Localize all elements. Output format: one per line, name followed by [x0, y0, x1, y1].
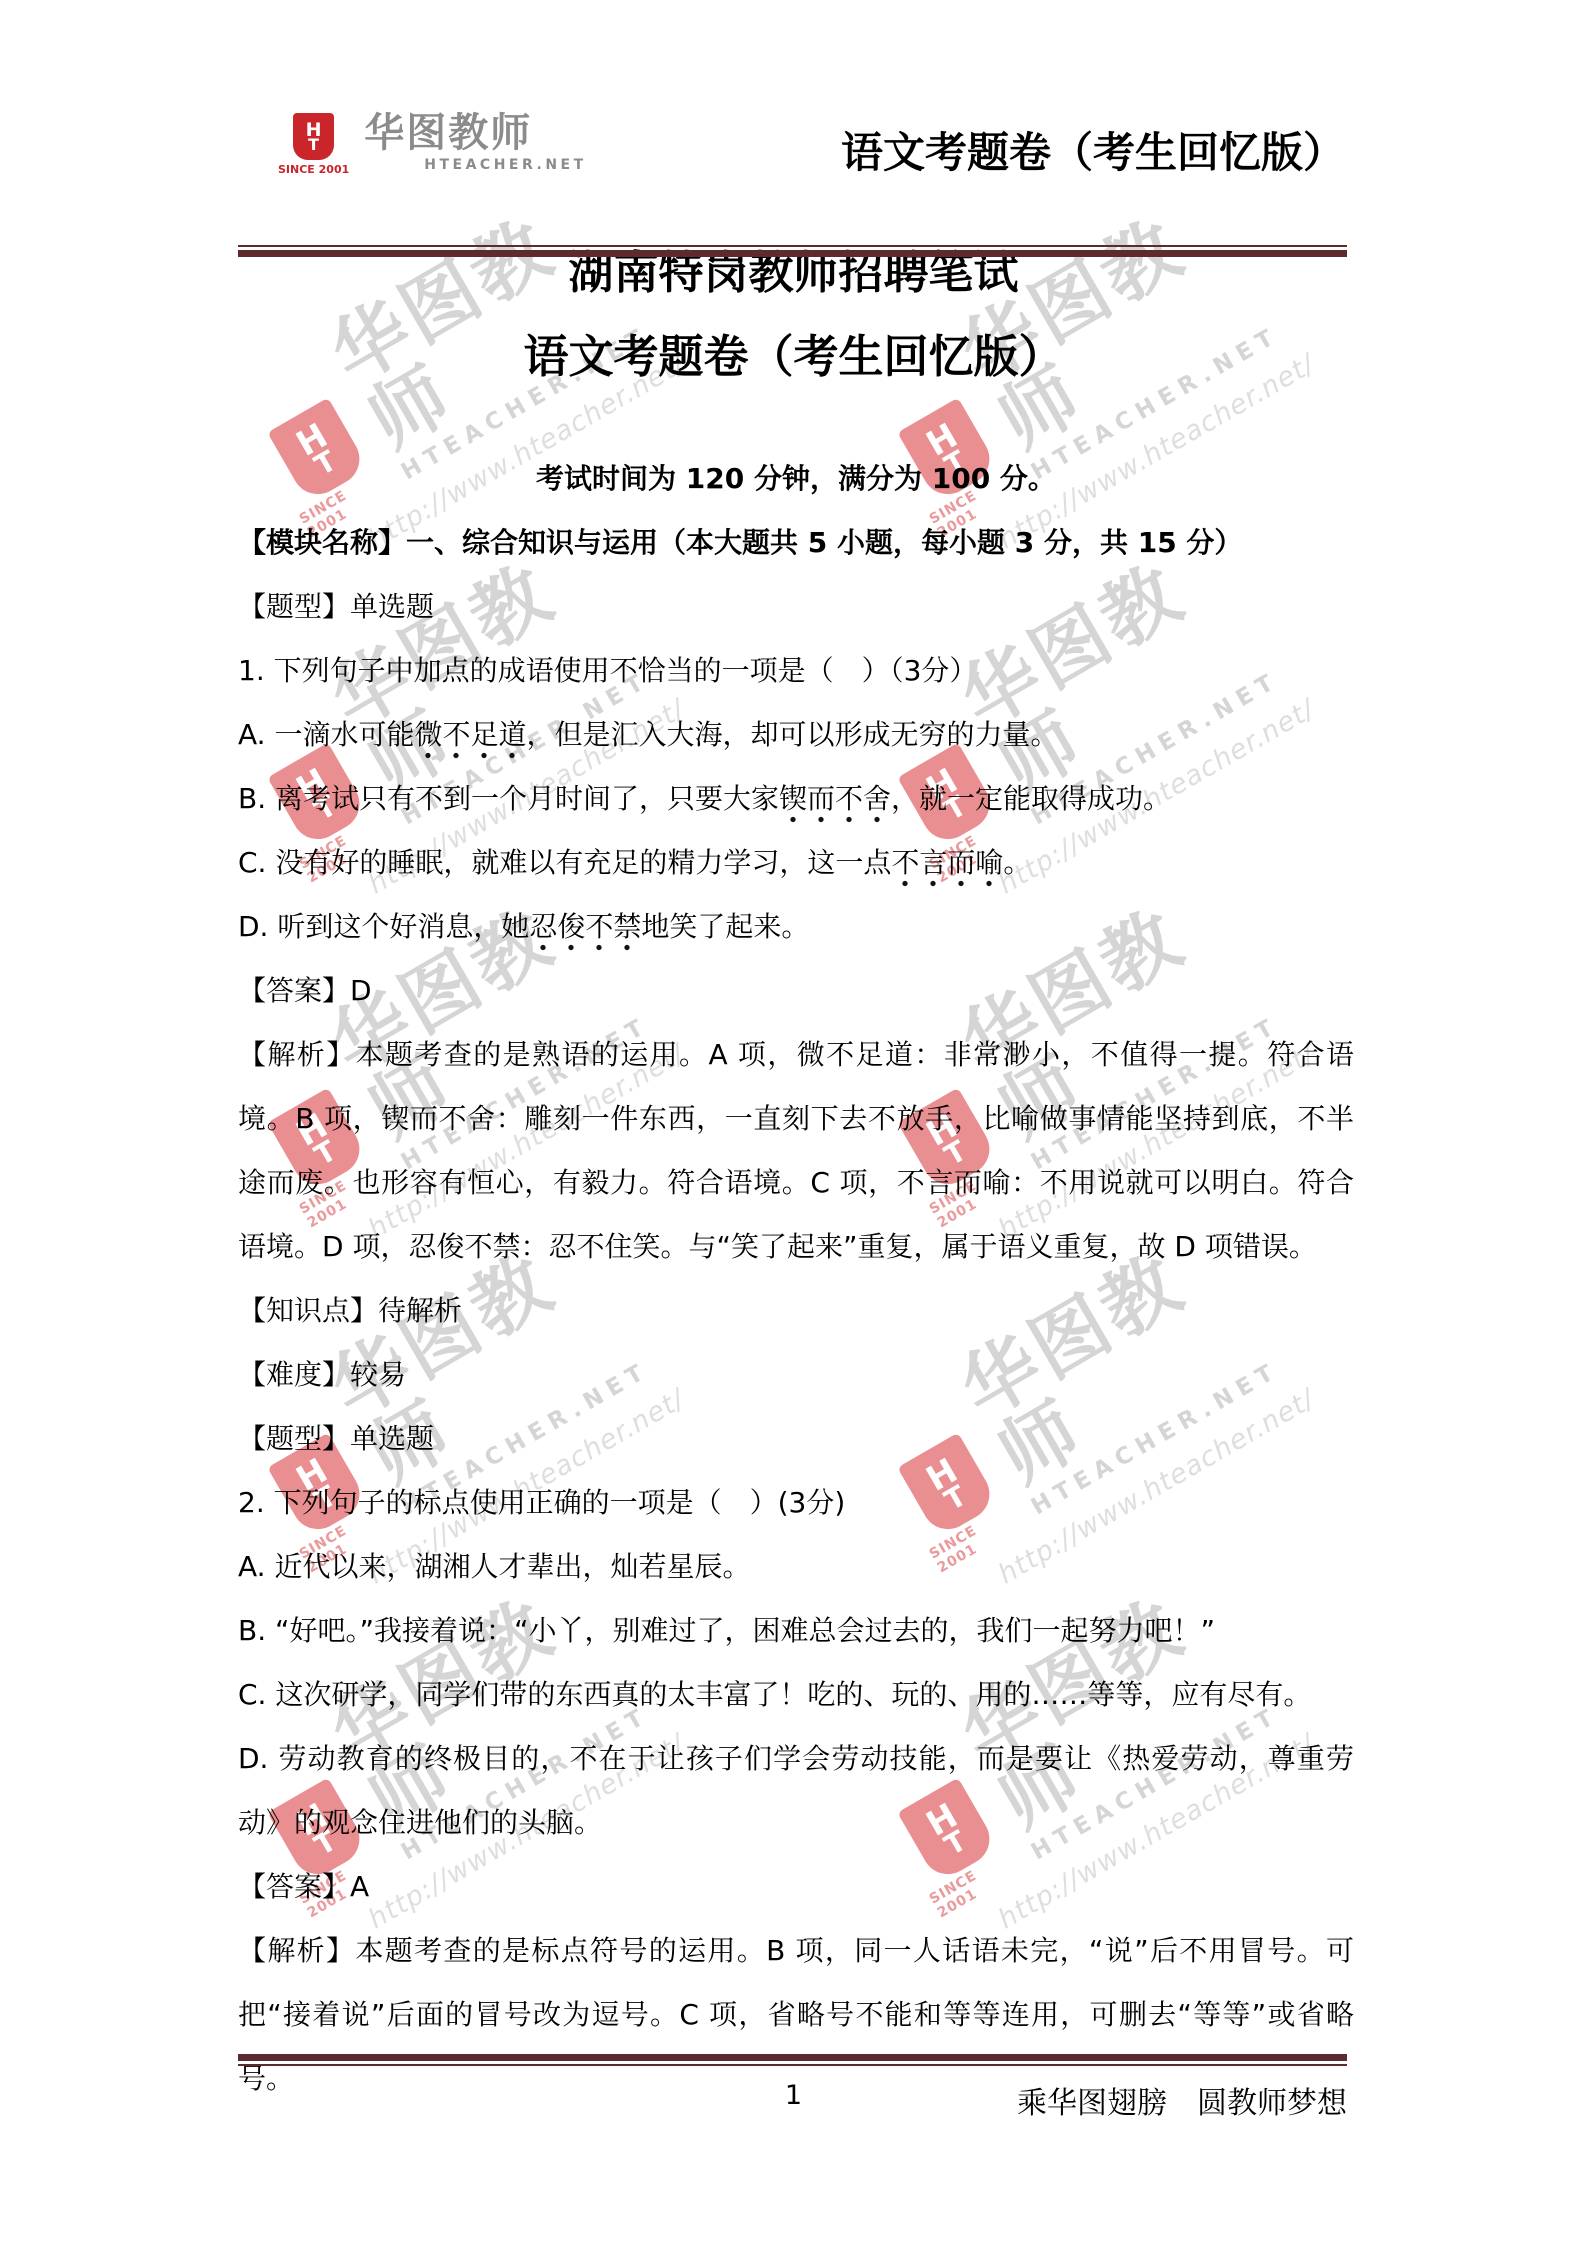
logo-brand-text: 华图教师	[364, 113, 586, 153]
q1-type-label: 【题型】单选题	[238, 575, 1354, 639]
q2-stem: 2. 下列句子的标点使用正确的一项是（ ）(3分)	[238, 1471, 1354, 1535]
exam-body: 考试时间为 120 分钟，满分为 100 分。 【模块名称】一、综合知识与运用（…	[238, 447, 1354, 2111]
q2-option-a: A. 近代以来，湖湘人才辈出，灿若星辰。	[238, 1535, 1354, 1599]
header-divider	[238, 245, 1347, 257]
q1-option-d: D. 听到这个好消息，她忍俊不禁地笑了起来。	[238, 895, 1354, 959]
q2-option-d: D. 劳动教育的终极目的，不在于让孩子们学会劳动技能，而是要让《热爱劳动，尊重劳…	[238, 1727, 1354, 1855]
q1-option-b: B. 离考试只有不到一个月时间了，只要大家锲而不舍，就一定能取得成功。	[238, 767, 1354, 831]
q2-answer: 【答案】A	[238, 1855, 1354, 1919]
exam-info-line: 考试时间为 120 分钟，满分为 100 分。	[238, 447, 1354, 511]
logo-site-text: HTEACHER.NET	[424, 157, 586, 173]
q2-type-label: 【题型】单选题	[238, 1407, 1354, 1471]
q1-option-a: A. 一滴水可能微不足道，但是汇入大海，却可以形成无穷的力量。	[238, 703, 1354, 767]
q1-option-c: C. 没有好的睡眠，就难以有充足的精力学习，这一点不言而喻。	[238, 831, 1354, 895]
huatu-shield-icon: H T	[293, 113, 334, 160]
header-doc-title: 语文考题卷（考生回忆版）	[841, 120, 1345, 180]
footer-slogan: 乘华图翅膀 圆教师梦想	[1017, 2078, 1347, 2122]
huatu-logo: H T SINCE 2001 华图教师 HTEACHER.NET	[278, 113, 587, 176]
exam-paper-page: H T SINCE 2001 华图教师 HTEACHER.NET http://…	[0, 0, 1587, 2245]
q2-option-b: B. “好吧。”我接着说：“小丫，别难过了，困难总会过去的，我们一起努力吧！”	[238, 1599, 1354, 1663]
footer-divider	[238, 2051, 1347, 2066]
q1-answer: 【答案】D	[238, 959, 1354, 1023]
sub-title: 语文考题卷（考生回忆版）	[0, 320, 1587, 385]
watermark-brand: 华图教师	[949, 170, 1300, 461]
q1-difficulty: 【难度】较易	[238, 1343, 1354, 1407]
q2-option-c: C. 这次研学，同学们带的东西真的太丰富了！吃的、玩的、用的……等等，应有尽有。	[238, 1663, 1354, 1727]
logo-since-text: SINCE 2001	[278, 163, 349, 176]
page-number: 1	[0, 2080, 1587, 2111]
q1-stem: 1. 下列句子中加点的成语使用不恰当的一项是（ ）（3分）	[238, 639, 1354, 703]
module-heading: 【模块名称】一、综合知识与运用（本大题共 5 小题，每小题 3 分，共 15 分…	[238, 511, 1354, 575]
watermark-brand: 华图教师	[319, 170, 670, 461]
q1-knowledge: 【知识点】待解析	[238, 1279, 1354, 1343]
q1-analysis: 【解析】本题考查的是熟语的运用。A 项，微不足道：非常渺小，不值得一提。符合语境…	[238, 1023, 1354, 1279]
